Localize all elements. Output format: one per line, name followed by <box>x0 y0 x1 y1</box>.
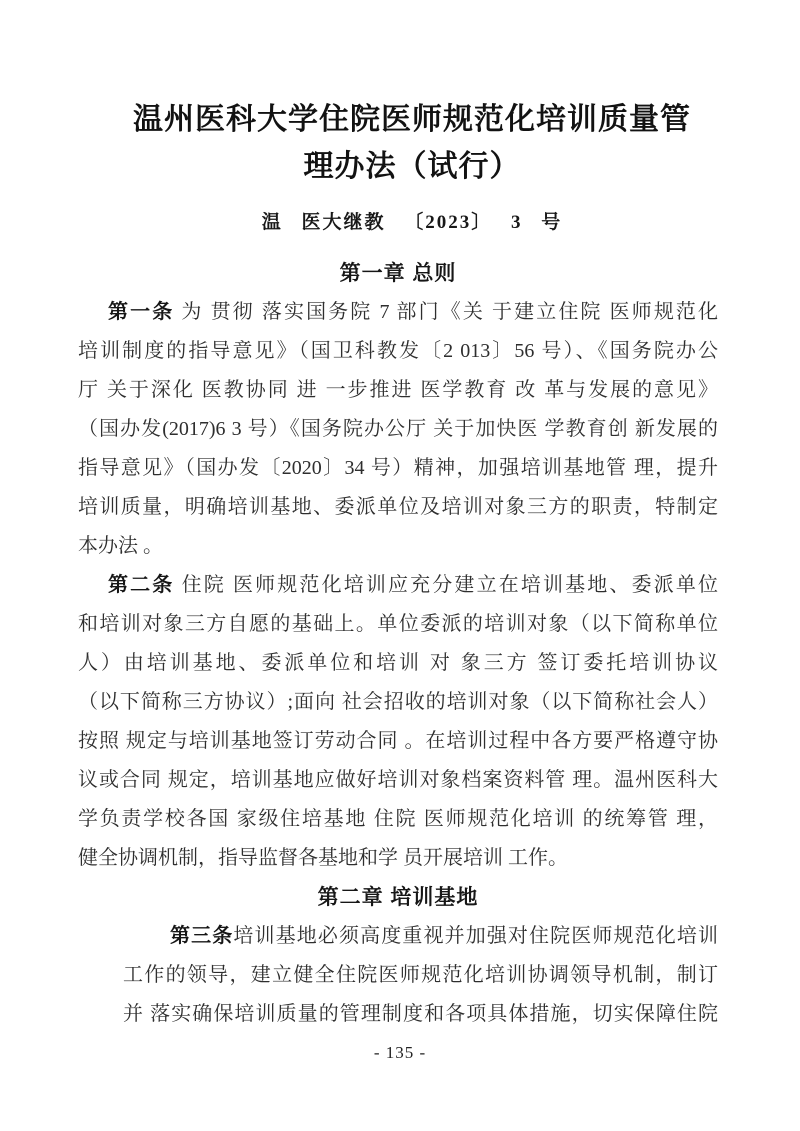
body-line: 人）由培训基地、委派单位和培训 对 象三方 签订委托培训协议 <box>78 644 718 683</box>
document-page: 温州医科大学住院医师规范化培训质量管 理办法（试行） 温 医大继教 〔2023〕… <box>0 0 800 1131</box>
body-line: 按照 规定与培训基地签订劳动合同 。在培训过程中各方要严格遵守协 <box>78 722 718 761</box>
document-title: 温州医科大学住院医师规范化培训质量管 理办法（试行） <box>92 96 732 190</box>
body-line: 第二条 住院 医师规范化培训应充分建立在培训基地、委派单位 <box>78 566 718 605</box>
body-line: 学负责学校各国 家级住培基地 住院 医师规范化培训 的统筹管 理， <box>78 800 718 839</box>
chapter-heading: 第二章 培训基地 <box>78 878 718 917</box>
body-line: 第三条培训基地必须高度重视并加强对住院医师规范化培训 <box>78 917 718 956</box>
page-number: - 135 - <box>0 1043 800 1063</box>
document-number: 温 医大继教 〔2023〕 3 号 <box>92 207 732 234</box>
body-line: 培训制度的指导意见》（国卫科教发〔2 013〕56 号）、《国务院办公 <box>78 332 718 371</box>
body-line: 议或合同 规定，培训基地应做好培训对象档案资料管 理。温州医科大 <box>78 761 718 800</box>
article-number: 第二条 <box>108 574 174 596</box>
body-line: （国办发(2017)6 3 号）《国务院办公厅 关于加快医 学教育创 新发展的 <box>78 410 718 449</box>
body-line: 厅 关于深化 医教协同 进 一步推进 医学教育 改 革与发展的意见》 <box>78 371 718 410</box>
chapter-heading: 第一章 总则 <box>78 254 718 293</box>
document-body: 第一章 总则第一条 为 贯彻 落实国务院 7 部门《关 于建立住院 医师规范化培… <box>78 254 718 1034</box>
body-line: 指导意见》（国办发〔2020〕34 号）精神，加强培训基地管 理，提升 <box>78 449 718 488</box>
article-number: 第三条 <box>170 925 233 947</box>
body-line: （以下简称三方协议）;面向 社会招收的培训对象（以下简称社会人） <box>78 683 718 722</box>
document-head: 温州医科大学住院医师规范化培训质量管 理办法（试行） 温 医大继教 〔2023〕… <box>92 96 732 234</box>
body-line: 健全协调机制，指导监督各基地和学 员开展培训 工作。 <box>78 839 718 878</box>
body-line: 并 落实确保培训质量的管理制度和各项具体措施，切实保障住院 <box>78 995 718 1034</box>
body-line: 和培训对象三方自愿的基础上。单位委派的培训对象（以下简称单位 <box>78 605 718 644</box>
title-line-1: 温州医科大学住院医师规范化培训质量管 <box>92 96 732 143</box>
body-line: 第一条 为 贯彻 落实国务院 7 部门《关 于建立住院 医师规范化 <box>78 293 718 332</box>
body-line: 培训质量，明确培训基地、委派单位及培训对象三方的职责，特制定 <box>78 488 718 527</box>
title-line-2: 理办法（试行） <box>92 143 732 190</box>
body-line: 本办法 。 <box>78 527 718 566</box>
page-content: 温州医科大学住院医师规范化培训质量管 理办法（试行） 温 医大继教 〔2023〕… <box>0 0 800 1034</box>
body-line: 工作的领导，建立健全住院医师规范化培训协调领导机制，制订 <box>78 956 718 995</box>
article-number: 第一条 <box>108 301 174 323</box>
